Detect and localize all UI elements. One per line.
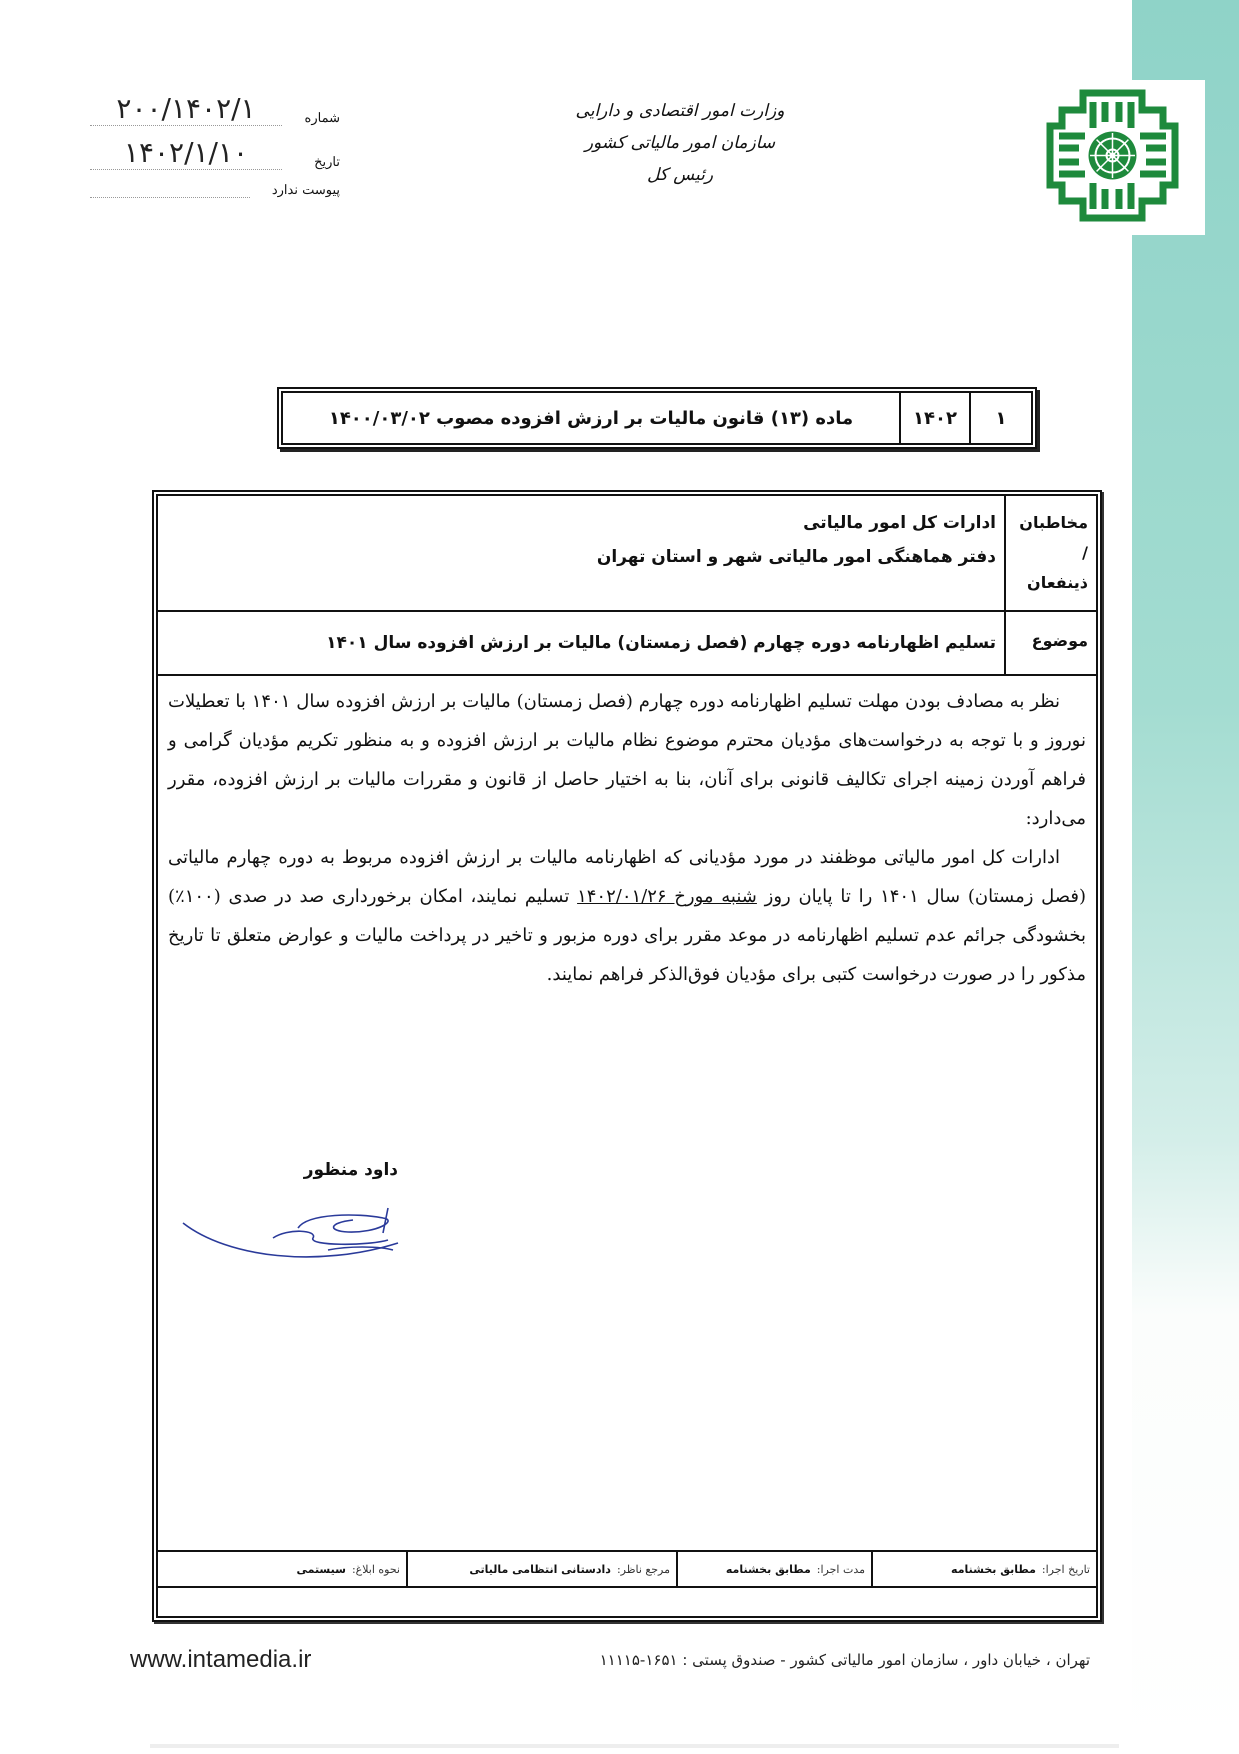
attachment-row: پیوست ندارد bbox=[90, 170, 340, 198]
execution-duration-cell: مدت اجرا: مطابق بخشنامه bbox=[676, 1552, 871, 1586]
website-link[interactable]: www.intamedia.ir bbox=[130, 1646, 311, 1674]
law-reference-box: ۱ ۱۴۰۲ ماده (۱۳) قانون مالیات بر ارزش اف… bbox=[277, 387, 1037, 449]
notification-method-label: نحوه ابلاغ: bbox=[352, 1563, 400, 1576]
letter-body: نظر به مصادف بودن مهلت تسلیم اظهارنامه د… bbox=[158, 676, 1096, 994]
ministry-header: وزارت امور اقتصادی و دارایی سازمان امور … bbox=[560, 95, 800, 191]
circular-frame: مخاطبان / ذینفعان ادارات کل امور مالیاتی… bbox=[152, 490, 1102, 1622]
notification-method-cell: نحوه ابلاغ: سیستمی bbox=[158, 1552, 406, 1586]
supervisor-label: مرجع ناظر: bbox=[617, 1563, 670, 1576]
letter-number-row: شماره ۲۰۰/۱۴۰۲/۱ bbox=[90, 82, 340, 126]
execution-details-row: تاریخ اجرا: مطابق بخشنامه مدت اجرا: مطاب… bbox=[158, 1550, 1096, 1588]
footer-address-bar: www.intamedia.ir تهران ، خیابان داور ، س… bbox=[130, 1645, 1090, 1675]
date-label: تاریخ bbox=[282, 155, 340, 170]
body-paragraph-2: ادارات کل امور مالیاتی موظفند در مورد مؤ… bbox=[168, 838, 1086, 994]
execution-date-cell: تاریخ اجرا: مطابق بخشنامه bbox=[871, 1552, 1096, 1586]
execution-duration-label: مدت اجرا: bbox=[817, 1563, 865, 1576]
organization-name: سازمان امور مالیاتی کشور bbox=[560, 127, 800, 159]
subject-text: تسلیم اظهارنامه دوره چهارم (فصل زمستان) … bbox=[158, 612, 1004, 674]
execution-date-value: مطابق بخشنامه bbox=[951, 1563, 1036, 1576]
recipients-label: مخاطبان / ذینفعان bbox=[1004, 496, 1096, 610]
notification-method-value: سیستمی bbox=[296, 1563, 346, 1576]
attachment-label: پیوست ندارد bbox=[250, 183, 340, 198]
handwritten-signature-icon bbox=[178, 1188, 418, 1268]
law-year: ۱۴۰۲ bbox=[899, 393, 969, 443]
head-title: رئیس کل bbox=[560, 159, 800, 191]
law-title: ماده (۱۳) قانون مالیات بر ارزش افزوده مص… bbox=[283, 393, 899, 443]
letter-number: ۲۰۰/۱۴۰۲/۱ bbox=[90, 93, 282, 126]
recipients-label-line1: مخاطبان / bbox=[1014, 508, 1088, 568]
supervisor-cell: مرجع ناظر: دادستانی انتظامی مالیاتی bbox=[406, 1552, 676, 1586]
letter-date: ۱۴۰۲/۱/۱۰ bbox=[90, 137, 282, 170]
recipients-row: مخاطبان / ذینفعان ادارات کل امور مالیاتی… bbox=[158, 496, 1096, 612]
body-paragraph-1: نظر به مصادف بودن مهلت تسلیم اظهارنامه د… bbox=[168, 682, 1086, 838]
letter-meta: شماره ۲۰۰/۱۴۰۲/۱ تاریخ ۱۴۰۲/۱/۱۰ پیوست ن… bbox=[90, 82, 340, 198]
postal-address: تهران ، خیابان داور ، سازمان امور مالیات… bbox=[600, 1651, 1090, 1669]
ministry-name: وزارت امور اقتصادی و دارایی bbox=[560, 95, 800, 127]
subject-row: موضوع تسلیم اظهارنامه دوره چهارم (فصل زم… bbox=[158, 612, 1096, 676]
signature-block: داود منظور bbox=[178, 1160, 428, 1270]
attachment-line bbox=[90, 197, 250, 198]
letter-date-row: تاریخ ۱۴۰۲/۱/۱۰ bbox=[90, 126, 340, 170]
subject-label: موضوع bbox=[1004, 612, 1096, 674]
execution-duration-value: مطابق بخشنامه bbox=[726, 1563, 811, 1576]
law-index: ۱ bbox=[969, 393, 1031, 443]
decorative-teal-strip bbox=[1132, 0, 1239, 1754]
recipients-label-line2: ذینفعان bbox=[1014, 568, 1088, 598]
signatory-name: داود منظور bbox=[304, 1160, 398, 1180]
recipients-value: ادارات کل امور مالیاتی دفتر هماهنگی امور… bbox=[158, 496, 1004, 610]
scan-edge bbox=[150, 1744, 1119, 1748]
execution-date-label: تاریخ اجرا: bbox=[1042, 1563, 1090, 1576]
recipient-1: ادارات کل امور مالیاتی bbox=[166, 506, 996, 540]
recipient-2: دفتر هماهنگی امور مالیاتی شهر و استان ته… bbox=[166, 540, 996, 574]
supervisor-value: دادستانی انتظامی مالیاتی bbox=[469, 1563, 611, 1576]
number-label: شماره bbox=[282, 111, 340, 126]
deadline-date: شنبه مورخ ۱۴۰۲/۰۱/۲۶ bbox=[577, 886, 757, 907]
tax-organization-logo-icon bbox=[1045, 88, 1180, 223]
